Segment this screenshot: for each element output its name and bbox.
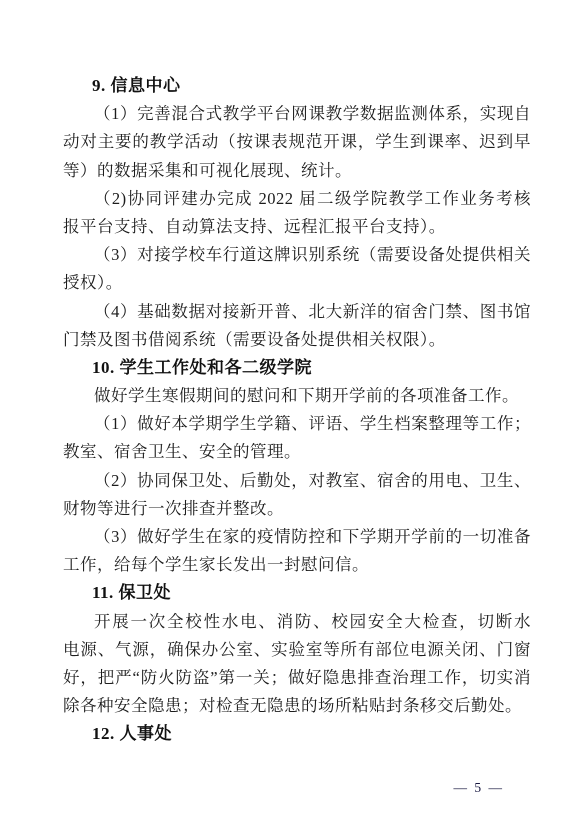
paragraph: （3）对接学校车行道这牌识别系统（需要设备处提供相关授权）。 [63,241,531,297]
paragraph: （2）协同保卫处、后勤处，对教室、宿舍的用电、卫生、财物等进行一次排查并整改。 [63,467,531,523]
section-heading: 10. 学生工作处和各二级学院 [63,354,531,382]
text-line: 教室、宿舍卫生、安全的管理。 [63,438,531,466]
text-line: （2）协同保卫处、后勤处，对教室、宿舍的用电、卫生、 [63,467,531,495]
text-line: 门禁及图书借阅系统（需要设备处提供相关权限）。 [63,326,531,354]
text-line: 工作，给每个学生家长发出一封慰问信。 [63,551,531,579]
document-body: 9. 信息中心（1）完善混合式教学平台网课教学数据监测体系，实现自动对主要的教学… [63,72,531,749]
text-line: 好，把严“防火防盗”第一关；做好隐患排查治理工作，切实消 [63,664,531,692]
document-page: 9. 信息中心（1）完善混合式教学平台网课教学数据监测体系，实现自动对主要的教学… [0,0,584,831]
text-line: （3）做好学生在家的疫情防控和下学期开学前的一切准备 [63,523,531,551]
section-heading: 12. 人事处 [63,720,531,748]
text-line: （1）完善混合式教学平台网课教学数据监测体系，实现自 [63,100,531,128]
text-line: （2)协同评建办完成 2022 届二级学院教学工作业务考核(填 [63,185,531,213]
text-line: 财物等进行一次排查并整改。 [63,495,531,523]
paragraph: 开展一次全校性水电、消防、校园安全大检查，切断水源、电源、气源，确保办公室、实验… [63,608,531,721]
paragraph: （2)协同评建办完成 2022 届二级学院教学工作业务考核(填报平台支持、自动算… [63,185,531,241]
text-line: 报平台支持、自动算法支持、远程汇报平台支持）。 [63,213,531,241]
text-line: （1）做好本学期学生学籍、评语、学生档案整理等工作； [63,410,531,438]
paragraph: 做好学生寒假期间的慰问和下期开学前的各项准备工作。 [63,382,531,410]
text-line: 开展一次全校性水电、消防、校园安全大检查，切断水源、 [63,608,531,636]
section-heading: 11. 保卫处 [63,579,531,607]
paragraph: （1）完善混合式教学平台网课教学数据监测体系，实现自动对主要的教学活动（按课表规… [63,100,531,185]
text-line: 动对主要的教学活动（按课表规范开课，学生到课率、迟到早退 [63,128,531,156]
paragraph: （1）做好本学期学生学籍、评语、学生档案整理等工作；教室、宿舍卫生、安全的管理。 [63,410,531,466]
text-line: 等）的数据采集和可视化展现、统计。 [63,157,531,185]
text-line: 做好学生寒假期间的慰问和下期开学前的各项准备工作。 [63,382,531,410]
page-footer: — 5 — [454,779,505,797]
page-number: — 5 — [454,780,505,795]
section-heading: 9. 信息中心 [63,72,531,100]
paragraph: （3）做好学生在家的疫情防控和下学期开学前的一切准备工作，给每个学生家长发出一封… [63,523,531,579]
text-line: 除各种安全隐患；对检查无隐患的场所粘贴封条移交后勤处。 [63,692,531,720]
text-line: 电源、气源，确保办公室、实验室等所有部位电源关闭、门窗锁 [63,636,531,664]
text-line: 授权）。 [63,269,531,297]
paragraph: （4）基础数据对接新开普、北大新洋的宿舍门禁、图书馆门禁及图书借阅系统（需要设备… [63,298,531,354]
text-line: （4）基础数据对接新开普、北大新洋的宿舍门禁、图书馆 [63,298,531,326]
text-line: （3）对接学校车行道这牌识别系统（需要设备处提供相关 [63,241,531,269]
